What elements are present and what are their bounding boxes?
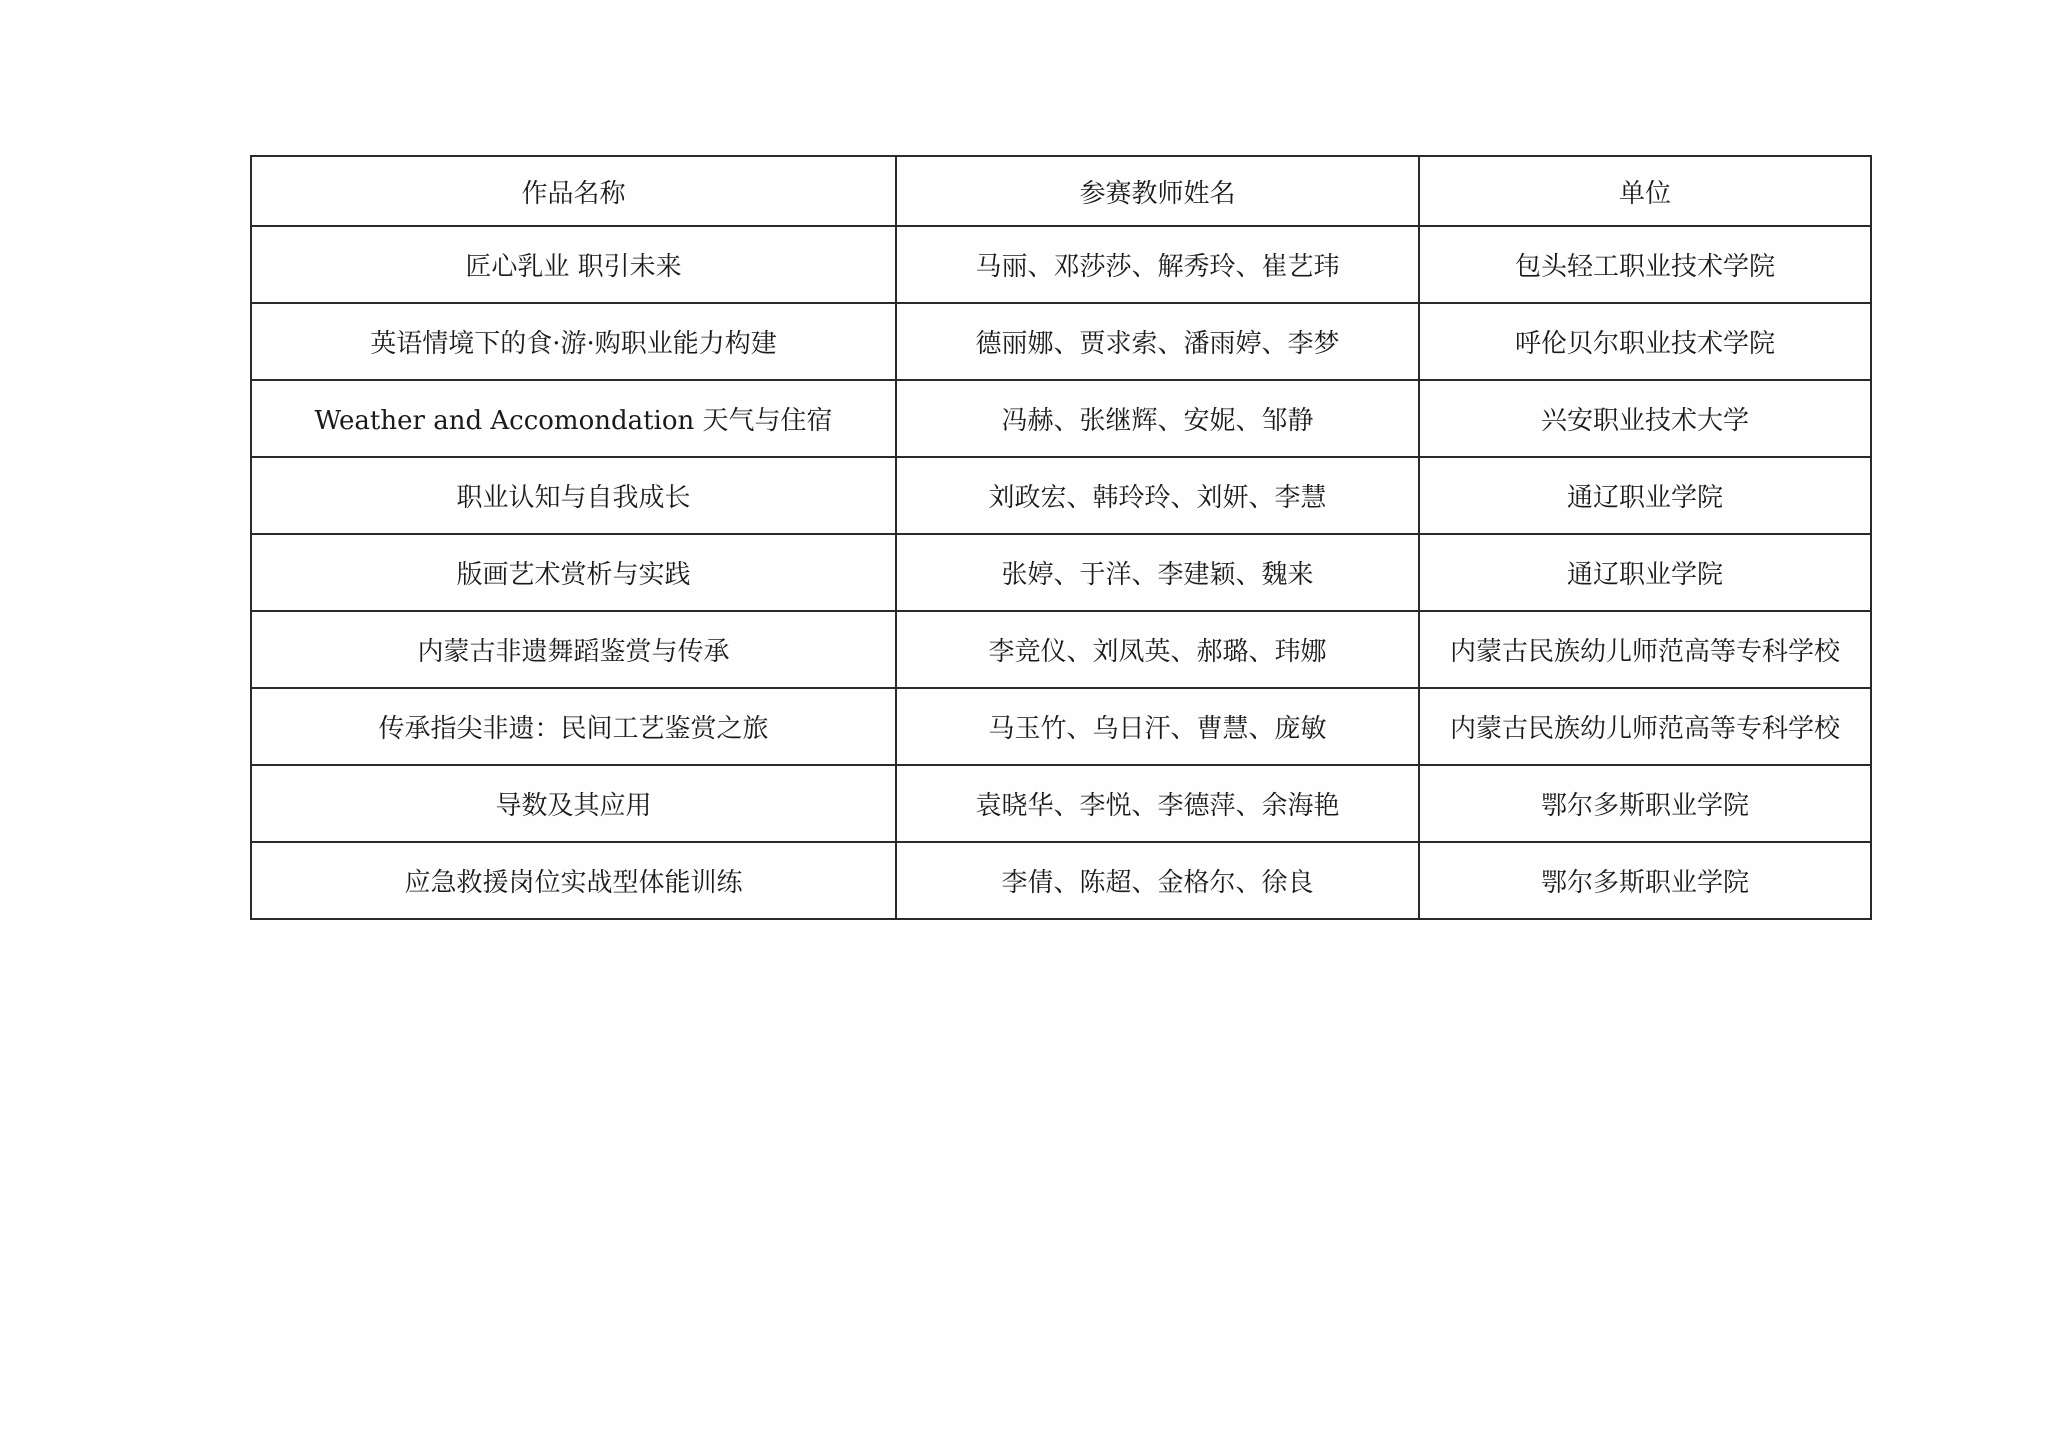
cell-teachers: 张婷、于洋、李建颖、魏来 [896,534,1419,611]
document-page: 作品名称 参赛教师姓名 单位 匠心乳业 职引未来 马丽、邓莎莎、解秀玲、崔艺玮 … [0,0,2048,1448]
cell-institution: 通辽职业学院 [1419,457,1871,534]
cell-work-title: 职业认知与自我成长 [251,457,896,534]
cell-institution: 内蒙古民族幼儿师范高等专科学校 [1419,688,1871,765]
cell-institution: 包头轻工职业技术学院 [1419,226,1871,303]
cell-teachers: 冯赫、张继辉、安妮、邹静 [896,380,1419,457]
table-header-row: 作品名称 参赛教师姓名 单位 [251,156,1871,226]
cell-work-title: 传承指尖非遗：民间工艺鉴赏之旅 [251,688,896,765]
table-row: 应急救援岗位实战型体能训练 李倩、陈超、金格尔、徐良 鄂尔多斯职业学院 [251,842,1871,919]
cell-institution: 通辽职业学院 [1419,534,1871,611]
table-row: 内蒙古非遗舞蹈鉴赏与传承 李竞仪、刘凤英、郝璐、玮娜 内蒙古民族幼儿师范高等专科… [251,611,1871,688]
cell-work-title: 内蒙古非遗舞蹈鉴赏与传承 [251,611,896,688]
cell-work-title: Weather and Accomondation 天气与住宿 [251,380,896,457]
cell-teachers: 刘政宏、韩玲玲、刘妍、李慧 [896,457,1419,534]
cell-work-title: 匠心乳业 职引未来 [251,226,896,303]
cell-institution: 内蒙古民族幼儿师范高等专科学校 [1419,611,1871,688]
table-row: 职业认知与自我成长 刘政宏、韩玲玲、刘妍、李慧 通辽职业学院 [251,457,1871,534]
cell-teachers: 袁晓华、李悦、李德萍、余海艳 [896,765,1419,842]
table-row: 传承指尖非遗：民间工艺鉴赏之旅 马玉竹、乌日汗、曹慧、庞敏 内蒙古民族幼儿师范高… [251,688,1871,765]
table-row: 导数及其应用 袁晓华、李悦、李德萍、余海艳 鄂尔多斯职业学院 [251,765,1871,842]
cell-teachers: 李倩、陈超、金格尔、徐良 [896,842,1419,919]
table-row: 英语情境下的食·游·购职业能力构建 德丽娜、贾求索、潘雨婷、李梦 呼伦贝尔职业技… [251,303,1871,380]
cell-institution: 鄂尔多斯职业学院 [1419,842,1871,919]
cell-teachers: 马玉竹、乌日汗、曹慧、庞敏 [896,688,1419,765]
cell-work-title: 英语情境下的食·游·购职业能力构建 [251,303,896,380]
table-row: Weather and Accomondation 天气与住宿 冯赫、张继辉、安… [251,380,1871,457]
cell-institution: 呼伦贝尔职业技术学院 [1419,303,1871,380]
cell-teachers: 马丽、邓莎莎、解秀玲、崔艺玮 [896,226,1419,303]
awards-table: 作品名称 参赛教师姓名 单位 匠心乳业 职引未来 马丽、邓莎莎、解秀玲、崔艺玮 … [250,155,1872,920]
cell-teachers: 德丽娜、贾求索、潘雨婷、李梦 [896,303,1419,380]
table-row: 版画艺术赏析与实践 张婷、于洋、李建颖、魏来 通辽职业学院 [251,534,1871,611]
table-row: 匠心乳业 职引未来 马丽、邓莎莎、解秀玲、崔艺玮 包头轻工职业技术学院 [251,226,1871,303]
cell-work-title: 应急救援岗位实战型体能训练 [251,842,896,919]
header-teachers: 参赛教师姓名 [896,156,1419,226]
cell-teachers: 李竞仪、刘凤英、郝璐、玮娜 [896,611,1419,688]
cell-institution: 鄂尔多斯职业学院 [1419,765,1871,842]
cell-work-title: 版画艺术赏析与实践 [251,534,896,611]
cell-institution: 兴安职业技术大学 [1419,380,1871,457]
cell-work-title: 导数及其应用 [251,765,896,842]
header-institution: 单位 [1419,156,1871,226]
header-work-title: 作品名称 [251,156,896,226]
